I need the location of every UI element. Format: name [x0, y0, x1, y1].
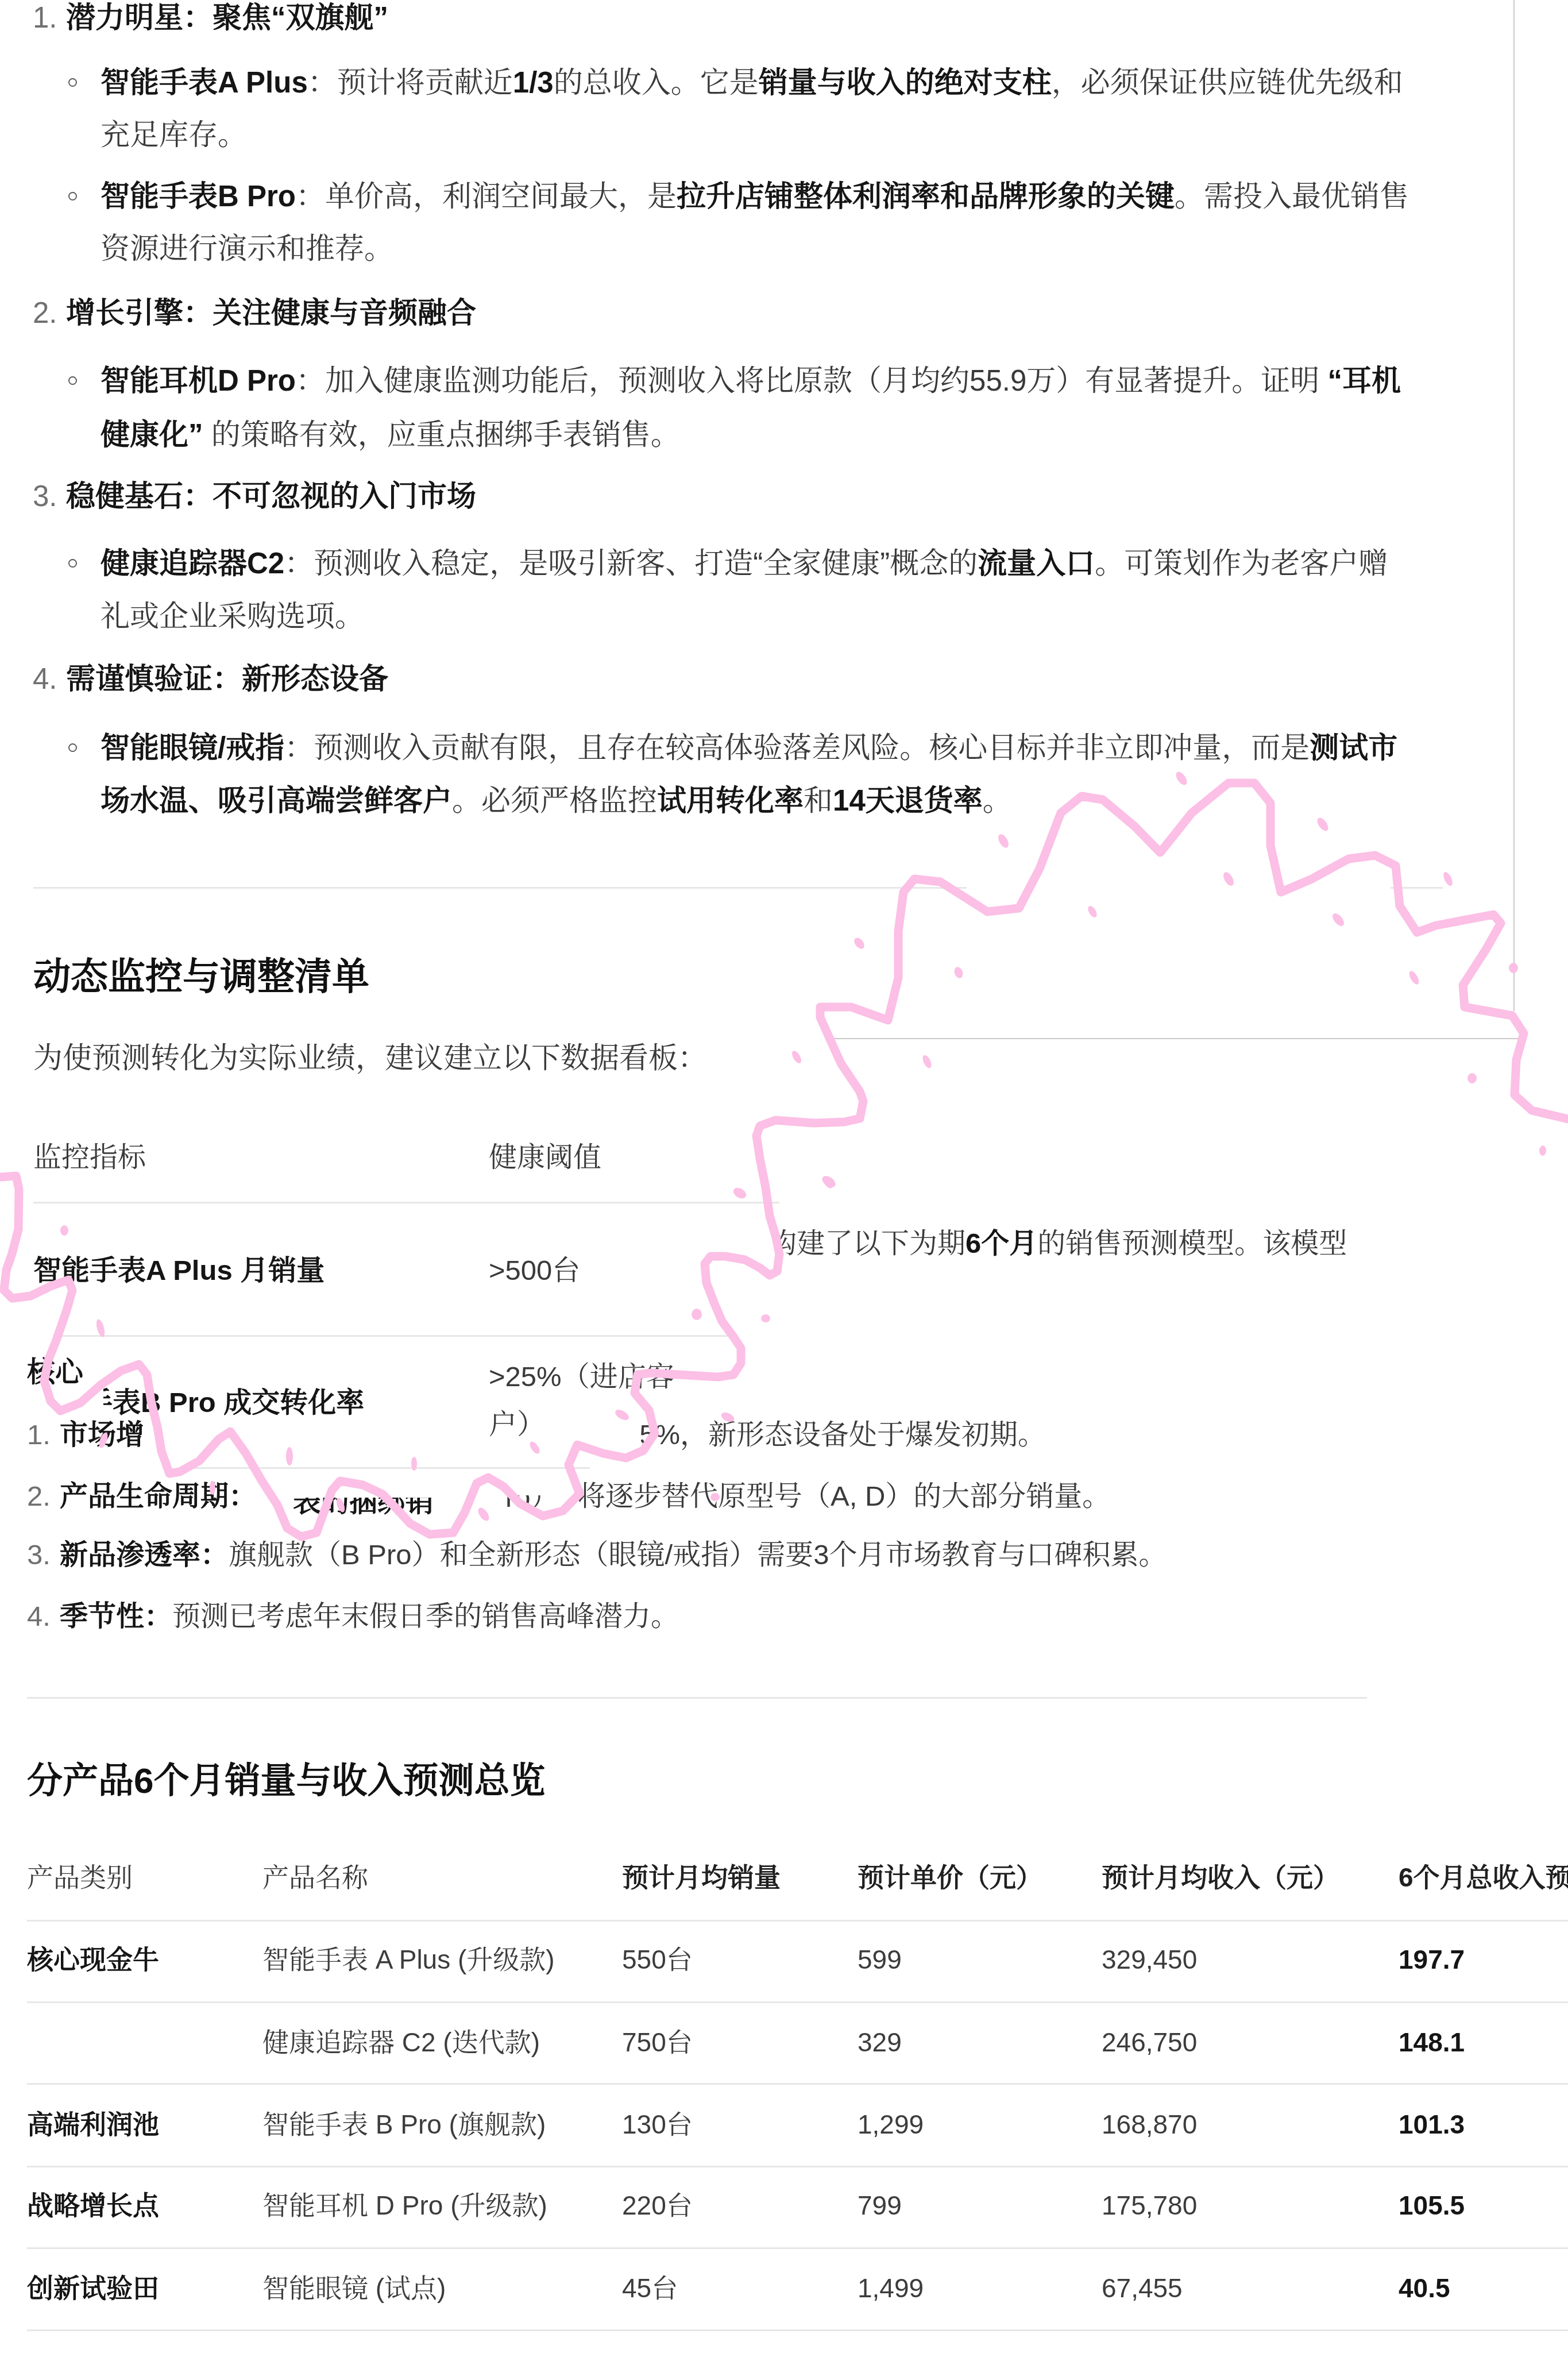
point-line: 智能耳机D Pro：加入健康监测功能后，预测收入将比原款（月均约55.9万）有显… [101, 358, 1401, 404]
section-divider [1391, 887, 1443, 889]
table-row: 健康追踪器 C2 (迭代款) 750台 329 246,750 148.1 [0, 2022, 1568, 2062]
assumption-item-3: 3.新品渗透率：旗舰款（B Pro）和全新形态（眼镜/戒指）需要3个月市场教育与… [27, 1533, 1167, 1577]
cell-monthly-units: 550台 [622, 1939, 693, 1980]
table-cell-threshold: >25%（进店客 [489, 1355, 674, 1399]
cell-monthly-units: 130台 [622, 2104, 693, 2144]
table-row-divider [56, 1335, 728, 1337]
assumption-label: 新品渗透率： [60, 1540, 229, 1571]
cell-monthly-revenue: 168,870 [1102, 2104, 1197, 2144]
cell-unit-price: 1,499 [858, 2268, 924, 2308]
list-number: 3. [33, 473, 66, 519]
section-title: 动态监控与调整清单 [33, 951, 369, 1002]
strategy-heading-3: 3.稳健基石：不可忽视的入门市场 [33, 473, 476, 519]
table-row-divider [27, 2001, 1568, 2003]
hollow-bullet-icon [68, 78, 77, 87]
hollow-bullet-icon [68, 192, 77, 200]
point-text: 。可策划作为老客户赠 [1095, 547, 1388, 580]
point-text: 礼或企业采购选项。 [101, 600, 364, 632]
strategy-heading-4: 4.需谨慎验证：新形态设备 [33, 656, 388, 702]
section-divider [27, 1697, 1367, 1699]
point-emphasis: 测试市 [1310, 731, 1397, 764]
point-line: 充足库存。 [101, 112, 247, 158]
table-header-product: 产品名称 [262, 1857, 368, 1897]
model-intro-fragment: 构建了以下为期6个月的销售预测模型。该模型 [768, 1222, 1347, 1266]
point-text: 。 [983, 784, 1012, 817]
cell-six-month-revenue: 105.5 [1399, 2185, 1465, 2225]
forecast-title: 分产品6个月销量与收入预测总览 [27, 1757, 545, 1806]
table-header-unit-price: 预计单价（元） [858, 1857, 1042, 1897]
table-header-metric: 监控指标 [33, 1136, 146, 1179]
panel-border-right [1513, 0, 1515, 1011]
table-row: 创新试验田 智能眼镜 (试点) 45台 1,499 67,455 40.5 [0, 2268, 1568, 2308]
cell-category: 核心现金牛 [27, 1939, 159, 1980]
assumptions-title: 核心 [27, 1351, 89, 1394]
cell-unit-price: 329 [858, 2022, 902, 2062]
point-line: 健康化” 的策略有效，应重点捆绑手表销售。 [101, 412, 680, 458]
table-row-divider [195, 1467, 590, 1469]
assumption-item-2: 2.产品生命周期： [27, 1475, 257, 1518]
point-line: 智能眼镜/戒指：预测收入贡献有限，且存在较高体验落差风险。核心目标并非立即冲量，… [101, 725, 1397, 771]
table-row-divider [27, 2166, 1568, 2167]
table-cell-threshold: 户） [489, 1403, 545, 1446]
point-text: 。需投入最优销售 [1175, 180, 1409, 213]
cell-product: 智能眼镜 (试点) [262, 2268, 446, 2308]
point-label: 智能手表A Plus [101, 66, 308, 99]
point-line: 智能手表B Pro：单价高，利润空间最大，是拉升店铺整体利润率和品牌形象的关键。… [101, 173, 1409, 219]
list-number: 4. [27, 1595, 60, 1638]
list-number: 1. [33, 0, 66, 41]
cell-category: 高端利润池 [27, 2104, 159, 2144]
table-header-threshold: 健康阈值 [489, 1136, 601, 1179]
table-header-category: 产品类别 [27, 1857, 133, 1897]
intro-emphasis: 6个月 [965, 1228, 1037, 1259]
table-row: 高端利润池 智能手表 B Pro (旗舰款) 130台 1,299 168,87… [0, 2104, 1568, 2144]
table-header-divider [27, 1920, 1568, 1922]
table-row-divider [27, 2247, 1568, 2249]
point-text: 和 [804, 784, 833, 817]
assumption-label: 季节性： [60, 1601, 172, 1632]
strategy-title: 需谨慎验证：新形态设备 [66, 662, 388, 695]
table-header-six-month-revenue: 6个月总收入预 [1399, 1857, 1568, 1897]
point-emphasis: 1/3 [513, 66, 554, 99]
point-label: 智能手表B Pro [101, 180, 296, 213]
cell-six-month-revenue: 40.5 [1399, 2268, 1450, 2308]
cell-monthly-units: 750台 [622, 2022, 693, 2062]
table-row: 核心现金牛 智能手表 A Plus (升级款) 550台 599 329,450… [0, 1939, 1568, 1980]
cell-monthly-revenue: 246,750 [1102, 2022, 1197, 2062]
point-text: 的策略有效，应重点捆绑手表销售。 [203, 418, 680, 451]
cell-monthly-revenue: 67,455 [1102, 2268, 1183, 2308]
cell-product: 智能手表 A Plus (升级款) [262, 1939, 555, 1980]
point-emphasis: “耳机 [1327, 364, 1401, 397]
table-row: 战略增长点 智能耳机 D Pro (升级款) 220台 799 175,780 … [0, 2185, 1568, 2225]
cell-product: 智能耳机 D Pro (升级款) [262, 2185, 547, 2225]
list-number: 2. [33, 290, 66, 336]
cell-monthly-revenue: 329,450 [1102, 1939, 1197, 1980]
hollow-bullet-icon [68, 559, 77, 568]
point-emphasis: 销量与收入的绝对支柱 [759, 66, 1052, 99]
assumption-text: 旗舰款（B Pro）和全新形态（眼镜/戒指）需要3个月市场教育与口碑积累。 [229, 1540, 1167, 1571]
point-emphasis: 拉升店铺整体利润率和品牌形象的关键 [677, 180, 1175, 213]
point-text: ：预测收入贡献有限，且存在较高体验落差风险。核心目标并非立即冲量，而是 [284, 731, 1310, 764]
cell-unit-price: 599 [858, 1939, 902, 1980]
cell-unit-price: 799 [858, 2185, 902, 2225]
point-label: 智能耳机D Pro [101, 364, 296, 397]
strategy-heading-2: 2.增长引擎：关注健康与音频融合 [33, 290, 476, 336]
assumption-fragment: ro） [505, 1476, 559, 1519]
cell-monthly-units: 45台 [622, 2268, 678, 2308]
assumption-text: 15%，新形态设备处于爆发初期。 [624, 1413, 1046, 1457]
point-label: 健康追踪器C2 [101, 547, 284, 580]
cell-product: 智能手表 B Pro (旗舰款) [262, 2104, 546, 2144]
cell-six-month-revenue: 148.1 [1399, 2022, 1465, 2062]
cell-category: 战略增长点 [27, 2185, 159, 2225]
table-row-divider [27, 2083, 1568, 2085]
table-header-divider [33, 1202, 779, 1203]
table-header-row: 产品类别 产品名称 预计月均销量 预计单价（元） 预计月均收入（元） 6个月总收… [0, 1857, 1568, 1897]
assumption-label: 产品生命周期： [60, 1481, 257, 1512]
pink-squiggle-seam-icon [0, 0, 1568, 2353]
cell-product: 健康追踪器 C2 (迭代款) [262, 2022, 540, 2062]
point-text: 充足库存。 [101, 118, 247, 151]
point-line: 智能手表A Plus：预计将贡献近1/3的总收入。它是销量与收入的绝对支柱，必须… [101, 60, 1403, 106]
point-text: ：预计将贡献近 [308, 66, 513, 99]
section-intro: 为使预测转化为实际业绩，建议建立以下数据看板： [33, 1035, 707, 1081]
table-cell-metric: 表的捆绑销 [293, 1480, 434, 1524]
assumption-text: 预测已考虑年末假日季的销售高峰潜力。 [172, 1601, 679, 1632]
section-divider [33, 887, 967, 889]
point-text: 的总收入。它是 [554, 66, 759, 99]
cell-unit-price: 1,299 [858, 2104, 924, 2144]
point-text: ，必须保证供应链优先级和 [1052, 66, 1403, 99]
point-line: 健康追踪器C2：预测收入稳定，是吸引新客、打造“全家健康”概念的流量入口。可策划… [101, 541, 1388, 587]
point-emphasis: 流量入口 [978, 547, 1095, 580]
hollow-bullet-icon [68, 743, 77, 752]
point-label: 智能眼镜/戒指 [101, 731, 284, 764]
cell-category: 创新试验田 [27, 2268, 159, 2308]
list-number: 2. [27, 1475, 60, 1518]
cell-monthly-units: 220台 [622, 2185, 693, 2225]
point-line: 礼或企业采购选项。 [101, 593, 364, 639]
table-cell-metric: 智能手表A Plus 月销量 [33, 1249, 325, 1293]
point-text: 。必须严格监控 [452, 784, 657, 817]
strategy-title: 潜力明星：聚焦“双旗舰” [66, 1, 388, 34]
strategy-title: 增长引擎：关注健康与音频融合 [66, 296, 476, 329]
list-number: 3. [27, 1533, 60, 1577]
table-header-monthly-units: 预计月均销量 [622, 1857, 781, 1897]
point-emphasis: 试用转化率 [657, 784, 804, 817]
cell-six-month-revenue: 101.3 [1399, 2104, 1465, 2144]
hollow-bullet-icon [68, 376, 77, 385]
panel-border-bottom [831, 1038, 1519, 1039]
assumption-item-4: 4.季节性：预测已考虑年末假日季的销售高峰潜力。 [27, 1595, 679, 1638]
intro-text: 的销售预测模型。该模型 [1037, 1228, 1347, 1259]
point-emphasis: 场水温、吸引高端尝鲜客户 [101, 784, 452, 817]
point-emphasis: 14天退货率 [833, 784, 983, 817]
list-number: 4. [33, 656, 66, 702]
table-header-monthly-revenue: 预计月均收入（元） [1102, 1857, 1339, 1897]
strategy-heading-1: 1.潜力明星：聚焦“双旗舰” [33, 0, 388, 41]
point-text: ：预测收入稳定，是吸引新客、打造“全家健康”概念的 [284, 547, 978, 580]
cell-six-month-revenue: 197.7 [1399, 1939, 1465, 1980]
cell-monthly-revenue: 175,780 [1102, 2185, 1197, 2225]
point-line: 场水温、吸引高端尝鲜客户。必须严格监控试用转化率和14天退货率。 [101, 778, 1012, 824]
point-text: ：单价高，利润空间最大，是 [296, 180, 677, 213]
table-cell-threshold: >500台 [489, 1249, 580, 1293]
point-line: 资源进行演示和推荐。 [101, 226, 393, 272]
assumption-label: 市场增 [60, 1413, 152, 1457]
table-row-divider [27, 2329, 1568, 2331]
point-text: ：加入健康监测功能后，预测收入将比原款（月均约55.9万）有显著提升。证明 [296, 364, 1327, 397]
intro-text: 构建了以下为期 [768, 1228, 965, 1259]
point-emphasis: 健康化” [101, 418, 203, 451]
assumption-text: 将逐步替代原型号（A, D）的大部分销量。 [577, 1475, 1110, 1518]
list-number: 1. [27, 1413, 60, 1457]
point-text: 资源进行演示和推荐。 [101, 232, 393, 265]
assumption-item-1: 1.市场增 [27, 1413, 152, 1457]
strategy-title: 稳健基石：不可忽视的入门市场 [66, 480, 476, 512]
